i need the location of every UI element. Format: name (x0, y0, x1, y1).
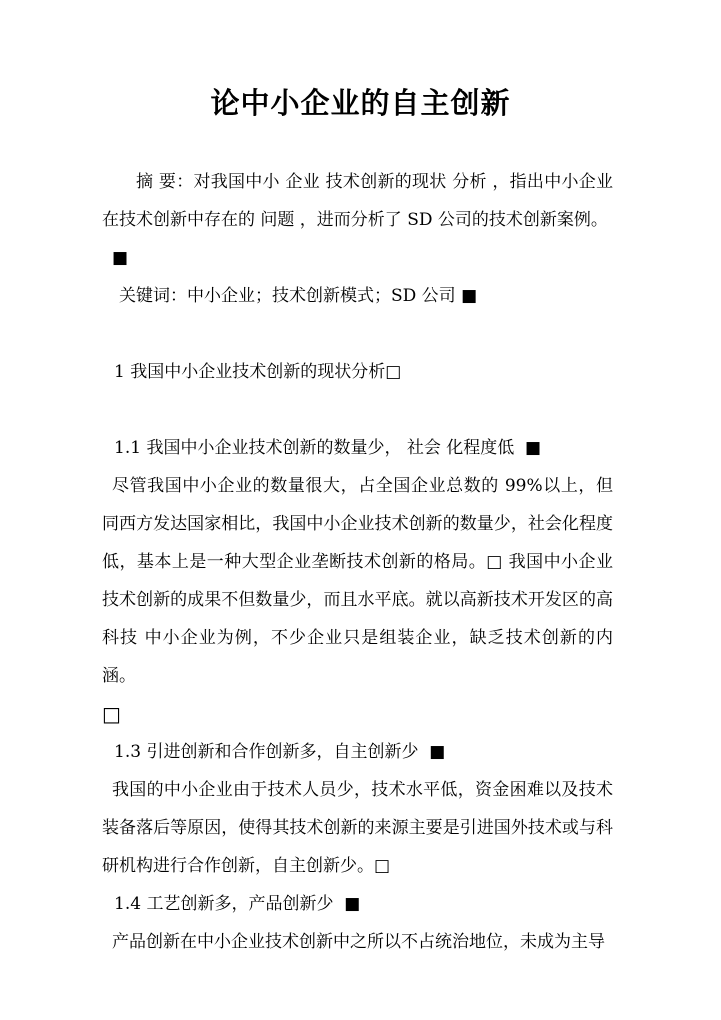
document-page: 论中小企业的自主创新 摘 要：对我国中小 企业 技术创新的现状 分析 ，指出中小… (0, 0, 721, 1020)
section-1-3-heading: 1.3 引进创新和合作创新多，自主创新少 ■ (102, 733, 613, 771)
document-title: 论中小企业的自主创新 (0, 84, 721, 122)
section-1-4-paragraph: 产品创新在中小企业技术创新中之所以不占统治地位，未成为主导 (102, 923, 613, 961)
section-1-4-heading: 1.4 工艺创新多，产品创新少 ■ (102, 885, 613, 923)
blank-line (102, 391, 613, 429)
section-1-3-paragraph: 我国的中小企业由于技术人员少，技术水平低，资金困难以及技术装备落后等原因，使得其… (102, 771, 613, 885)
missing-glyph-box-marker: □ (102, 695, 613, 733)
section-1-1-heading: 1.1 我国中小企业技术创新的数量少， 社会 化程度低 ■ (102, 429, 613, 467)
document-body: 摘 要：对我国中小 企业 技术创新的现状 分析 ，指出中小企业在技术创新中存在的… (102, 163, 613, 961)
keywords-line: 关键词：中小企业；技术创新模式；SD 公司 ■ (102, 277, 613, 315)
abstract-paragraph: 摘 要：对我国中小 企业 技术创新的现状 分析 ，指出中小企业在技术创新中存在的… (102, 163, 613, 239)
abstract-end-square-marker: ■ (102, 239, 613, 277)
section-1-1-paragraph: 尽管我国中小企业的数量很大，占全国企业总数的 99%以上，但同西方发达国家相比，… (102, 467, 613, 695)
blank-line (102, 315, 613, 353)
section-1-heading: 1 我国中小企业技术创新的现状分析□ (102, 353, 613, 391)
